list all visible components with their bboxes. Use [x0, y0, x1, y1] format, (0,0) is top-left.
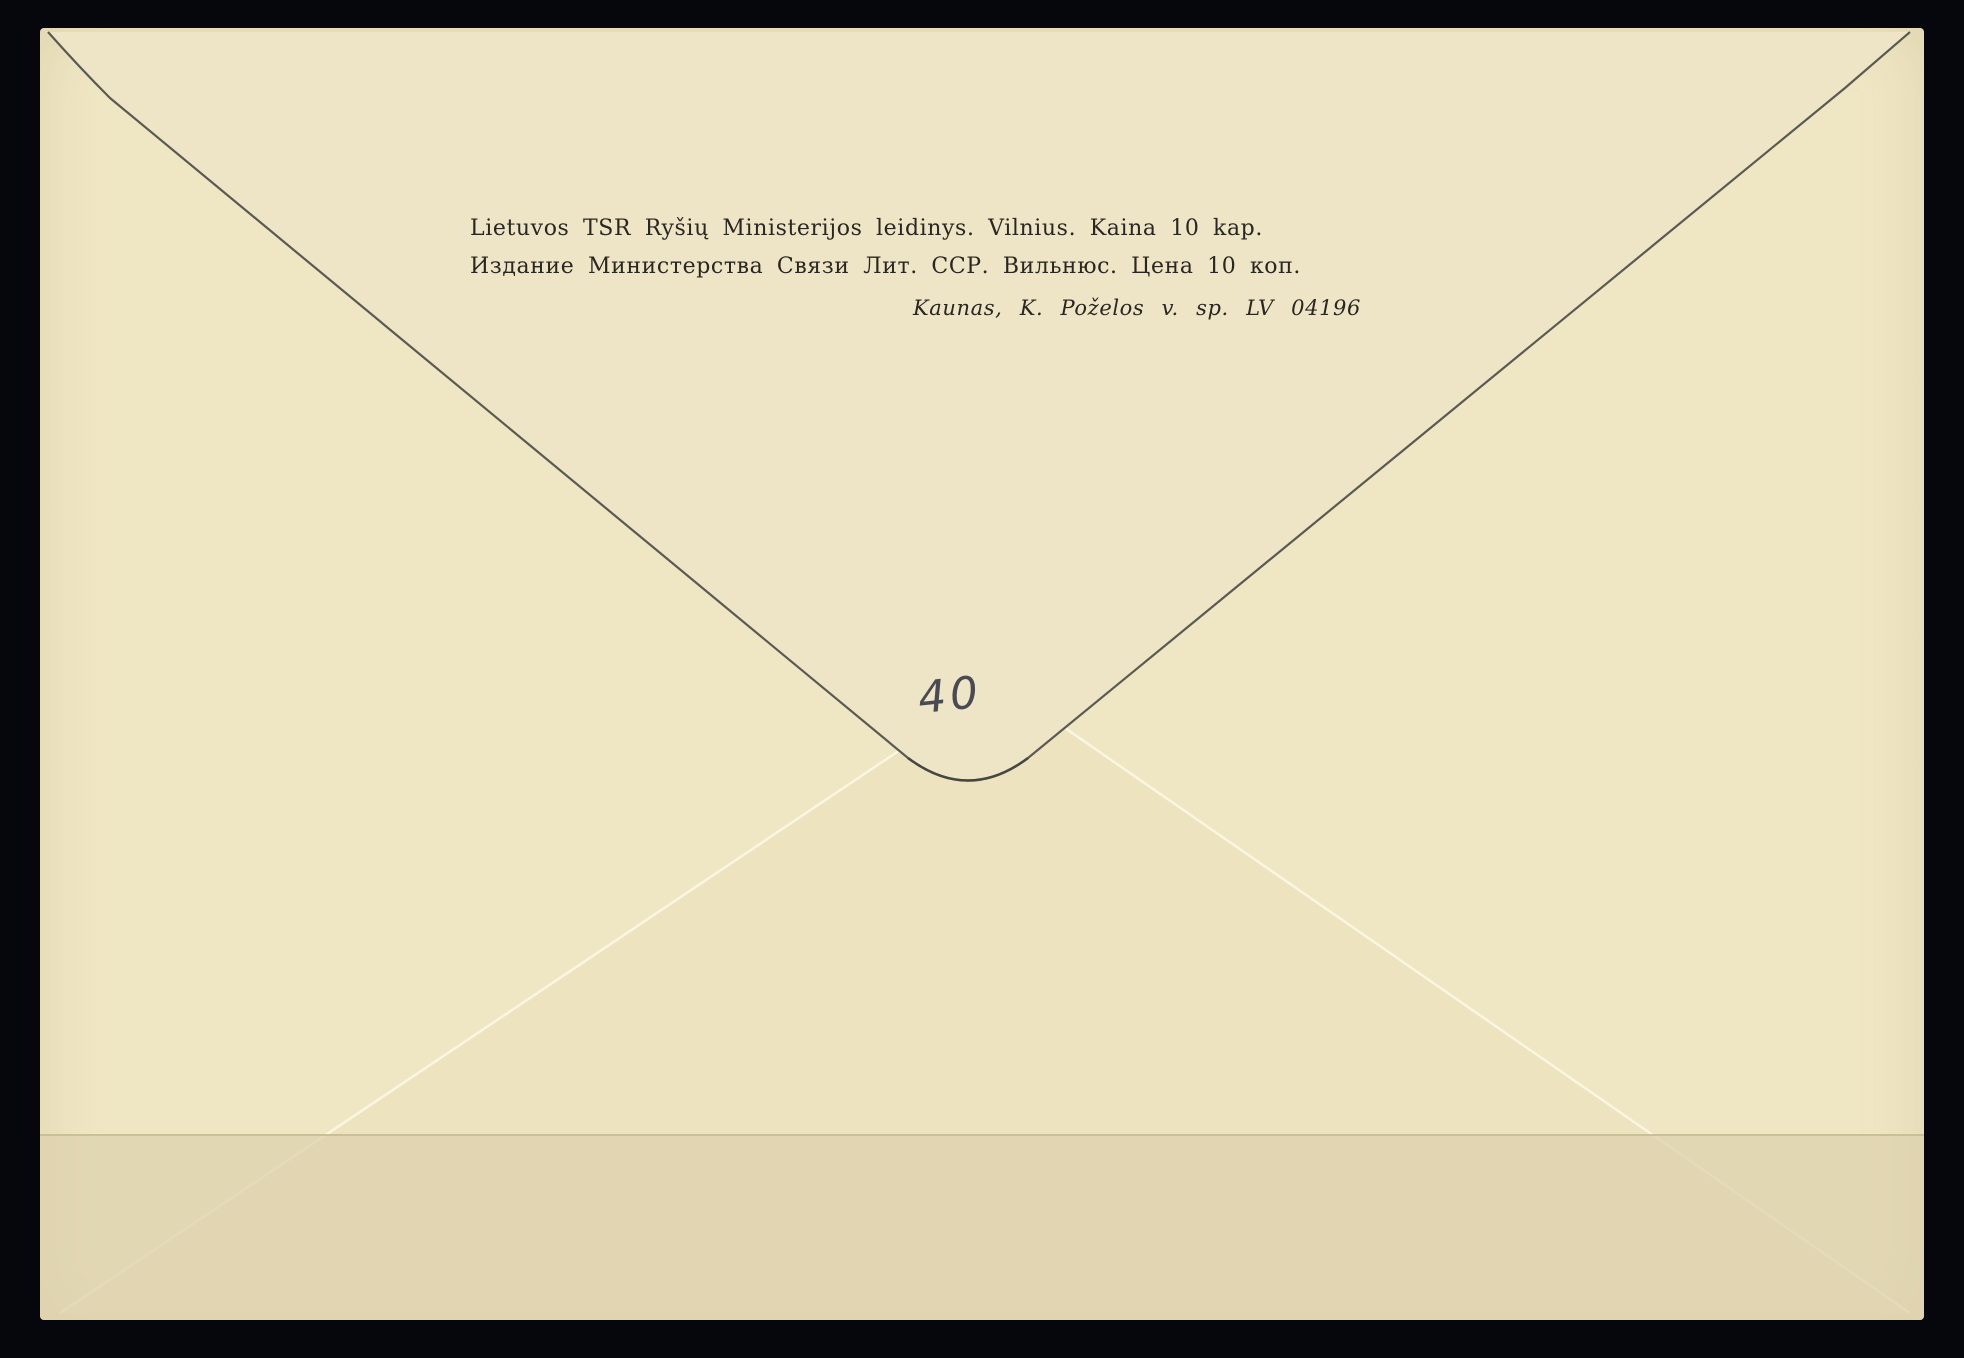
envelope-back: Lietuvos TSR Ryšių Ministerijos leidinys…	[40, 28, 1924, 1320]
handwritten-number: 40	[916, 667, 985, 724]
imprint-russian: Издание Министерства Связи Лит. ССР. Вил…	[470, 254, 1301, 279]
imprint-printer: Kaunas, K. Poželos v. sp. LV 04196	[913, 296, 1361, 320]
imprint-lithuanian: Lietuvos TSR Ryšių Ministerijos leidinys…	[470, 216, 1263, 241]
